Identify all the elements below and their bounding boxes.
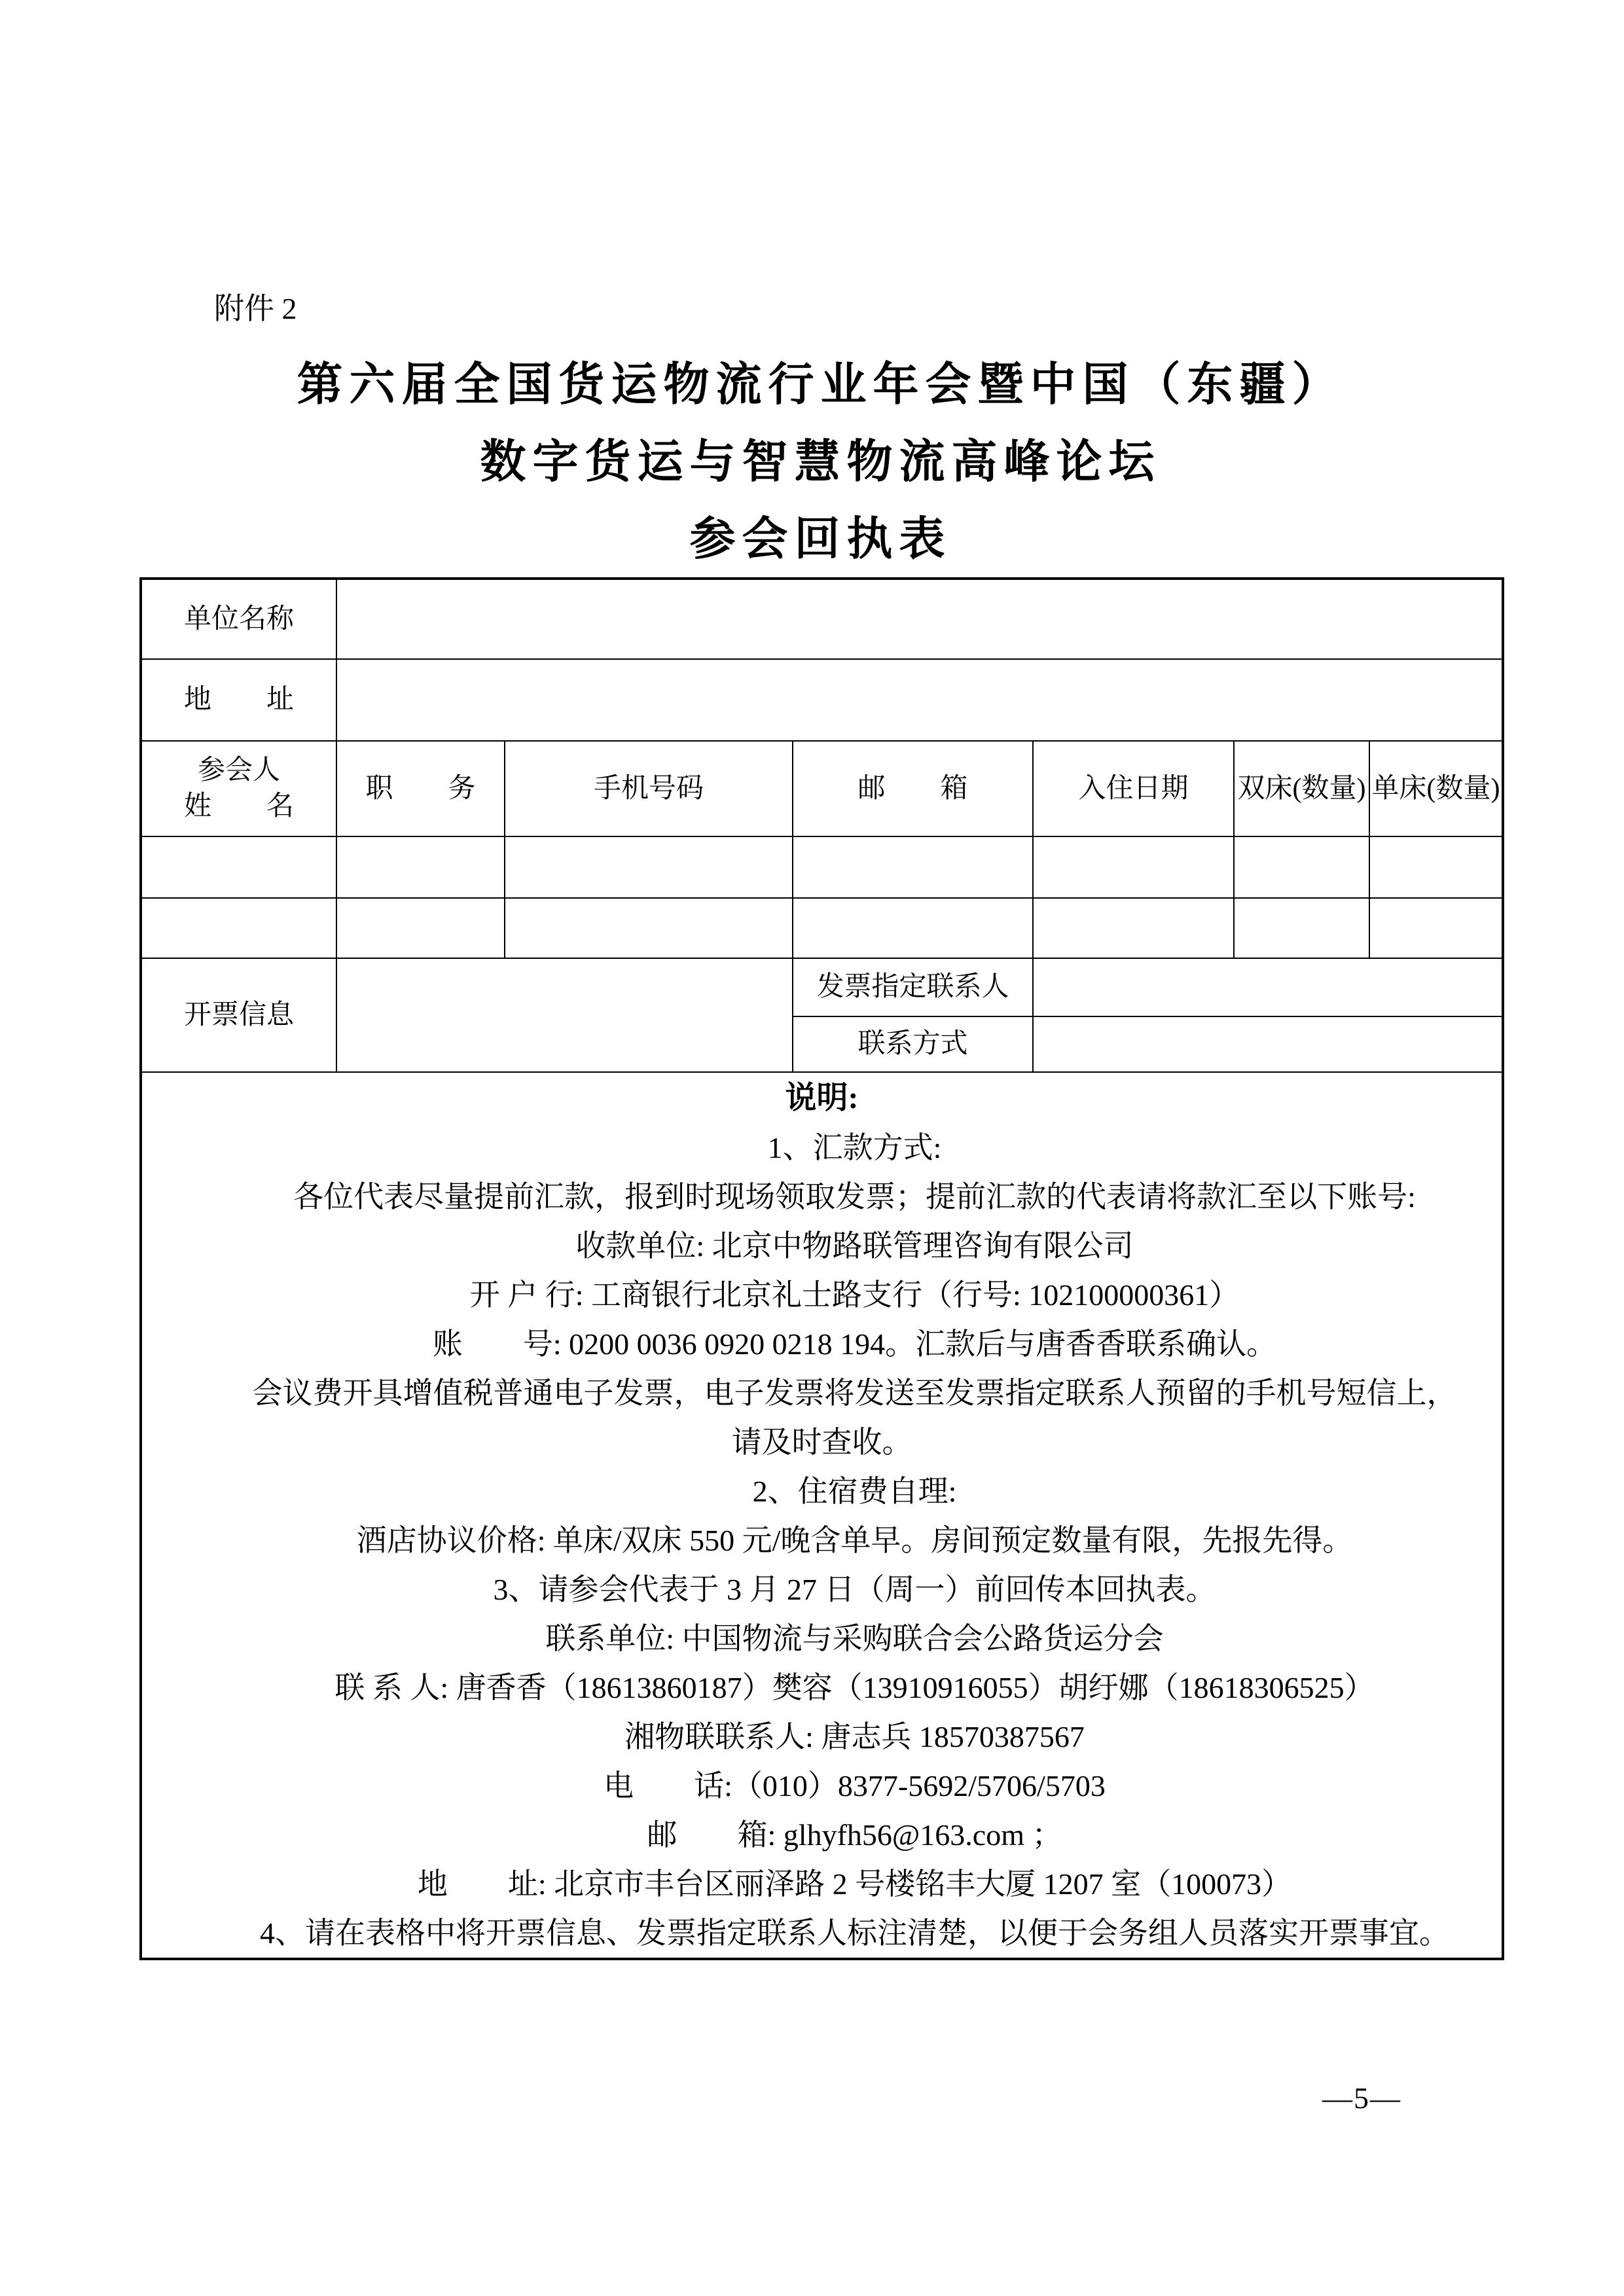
note-line-invoice-2: 请及时查收。 <box>142 1418 1502 1467</box>
attachment-label: 附件 2 <box>214 292 297 326</box>
attendee-1-mobile-cell[interactable] <box>505 836 793 898</box>
attendee-1-name-cell[interactable] <box>141 836 336 898</box>
note-line-payee: 收款单位: 北京中物路联管理咨询有限公司 <box>142 1221 1502 1270</box>
notes-cell: 说明: 1、汇款方式: 各位代表尽量提前汇款，报到时现场领取发票；提前汇款的代表… <box>141 1072 1503 1959</box>
address-label: 地 址 <box>141 659 336 741</box>
mobile-header: 手机号码 <box>505 741 793 836</box>
note-line-remittance-title: 1、汇款方式: <box>142 1123 1502 1172</box>
attendee-2-checkin-cell[interactable] <box>1033 898 1234 958</box>
attendee-row-2 <box>141 898 1503 958</box>
unit-name-label: 单位名称 <box>141 579 336 659</box>
note-line-invoice-1: 会议费开具增值税普通电子发票，电子发票将发送至发票指定联系人预留的手机号短信上， <box>142 1369 1502 1418</box>
invoice-info-row-top: 开票信息 发票指定联系人 <box>141 958 1503 1016</box>
notes-heading: 说明: <box>142 1073 1502 1123</box>
attendee-1-email-cell[interactable] <box>793 836 1033 898</box>
title-line-2: 数字货运与智慧物流高峰论坛 <box>139 424 1502 501</box>
invoice-info-label: 开票信息 <box>141 958 336 1072</box>
attendee-name-header: 参会人 姓 名 <box>141 741 336 836</box>
title-line-3: 参会回执表 <box>139 501 1502 579</box>
document-page: 附件 2 第六届全国货运物流行业年会暨中国（东疆） 数字货运与智慧物流高峰论坛 … <box>0 0 1624 2296</box>
note-line-account: 账 号: 0200 0036 0920 0218 194。汇款后与唐香香联系确认… <box>142 1319 1502 1369</box>
note-line-address: 地 址: 北京市丰台区丽泽路 2 号楼铭丰大厦 1207 室（100073） <box>142 1859 1502 1909</box>
unit-name-input-cell[interactable] <box>336 579 1503 659</box>
attendee-name-header-line1: 参会人 <box>142 753 336 789</box>
attendee-1-double-bed-cell[interactable] <box>1234 836 1369 898</box>
email-header: 邮 箱 <box>793 741 1033 836</box>
note-line-bank: 开 户 行: 工商银行北京礼士路支行（行号: 102100000361） <box>142 1270 1502 1319</box>
attendee-name-header-line2: 姓 名 <box>142 789 336 825</box>
title-line-1: 第六届全国货运物流行业年会暨中国（东疆） <box>139 347 1502 424</box>
unit-name-row: 单位名称 <box>141 579 1503 659</box>
attendee-2-email-cell[interactable] <box>793 898 1033 958</box>
single-bed-header: 单床(数量) <box>1369 741 1503 836</box>
attendee-2-mobile-cell[interactable] <box>505 898 793 958</box>
contact-method-label: 联系方式 <box>793 1016 1033 1072</box>
invoice-contact-label: 发票指定联系人 <box>793 958 1033 1016</box>
attendee-row-1 <box>141 836 1503 898</box>
address-row: 地 址 <box>141 659 1503 741</box>
address-input-cell[interactable] <box>336 659 1503 741</box>
attendee-1-checkin-cell[interactable] <box>1033 836 1234 898</box>
attendee-2-name-cell[interactable] <box>141 898 336 958</box>
double-bed-header: 双床(数量) <box>1234 741 1369 836</box>
invoice-info-input-cell[interactable] <box>336 958 793 1072</box>
note-line-telephone: 电 话:（010）8377-5692/5706/5703 <box>142 1761 1502 1810</box>
contact-method-input-cell[interactable] <box>1033 1016 1503 1072</box>
position-header: 职 务 <box>336 741 505 836</box>
page-number: —5— <box>1322 2081 1401 2115</box>
attendee-2-single-bed-cell[interactable] <box>1369 898 1503 958</box>
checkin-date-header: 入住日期 <box>1033 741 1234 836</box>
invoice-contact-input-cell[interactable] <box>1033 958 1503 1016</box>
note-line-email: 邮 箱: glhyfh56@163.com ； <box>142 1810 1502 1859</box>
note-line-remittance-intro: 各位代表尽量提前汇款，报到时现场领取发票；提前汇款的代表请将款汇至以下账号: <box>142 1172 1502 1221</box>
note-line-lodging-title: 2、住宿费自理: <box>142 1467 1502 1516</box>
note-line-hotel-price: 酒店协议价格: 单床/双床 550 元/晚含单早。房间预定数量有限，先报先得。 <box>142 1516 1502 1565</box>
registration-table: 单位名称 地 址 参会人 姓 名 职 务 手机号码 邮 箱 入住日期 双床(数量… <box>139 577 1504 1960</box>
attendee-1-position-cell[interactable] <box>336 836 505 898</box>
attendee-2-double-bed-cell[interactable] <box>1234 898 1369 958</box>
note-line-deadline: 3、请参会代表于 3 月 27 日（周一）前回传本回执表。 <box>142 1565 1502 1614</box>
notes-row: 说明: 1、汇款方式: 各位代表尽量提前汇款，报到时现场领取发票；提前汇款的代表… <box>141 1072 1503 1959</box>
note-line-invoice-note: 4、请在表格中将开票信息、发票指定联系人标注清楚，以便于会务组人员落实开票事宜。 <box>142 1909 1502 1958</box>
table-header-row: 参会人 姓 名 职 务 手机号码 邮 箱 入住日期 双床(数量) 单床(数量) <box>141 741 1503 836</box>
attendee-2-position-cell[interactable] <box>336 898 505 958</box>
note-line-contact-unit: 联系单位: 中国物流与采购联合会公路货运分会 <box>142 1614 1502 1663</box>
attendee-1-single-bed-cell[interactable] <box>1369 836 1503 898</box>
note-line-xiangwulian-contact: 湘物联联系人: 唐志兵 18570387567 <box>142 1712 1502 1761</box>
note-line-contacts: 联 系 人: 唐香香（18613860187）樊容（13910916055）胡纡… <box>142 1663 1502 1712</box>
document-title: 第六届全国货运物流行业年会暨中国（东疆） 数字货运与智慧物流高峰论坛 参会回执表 <box>139 347 1502 579</box>
